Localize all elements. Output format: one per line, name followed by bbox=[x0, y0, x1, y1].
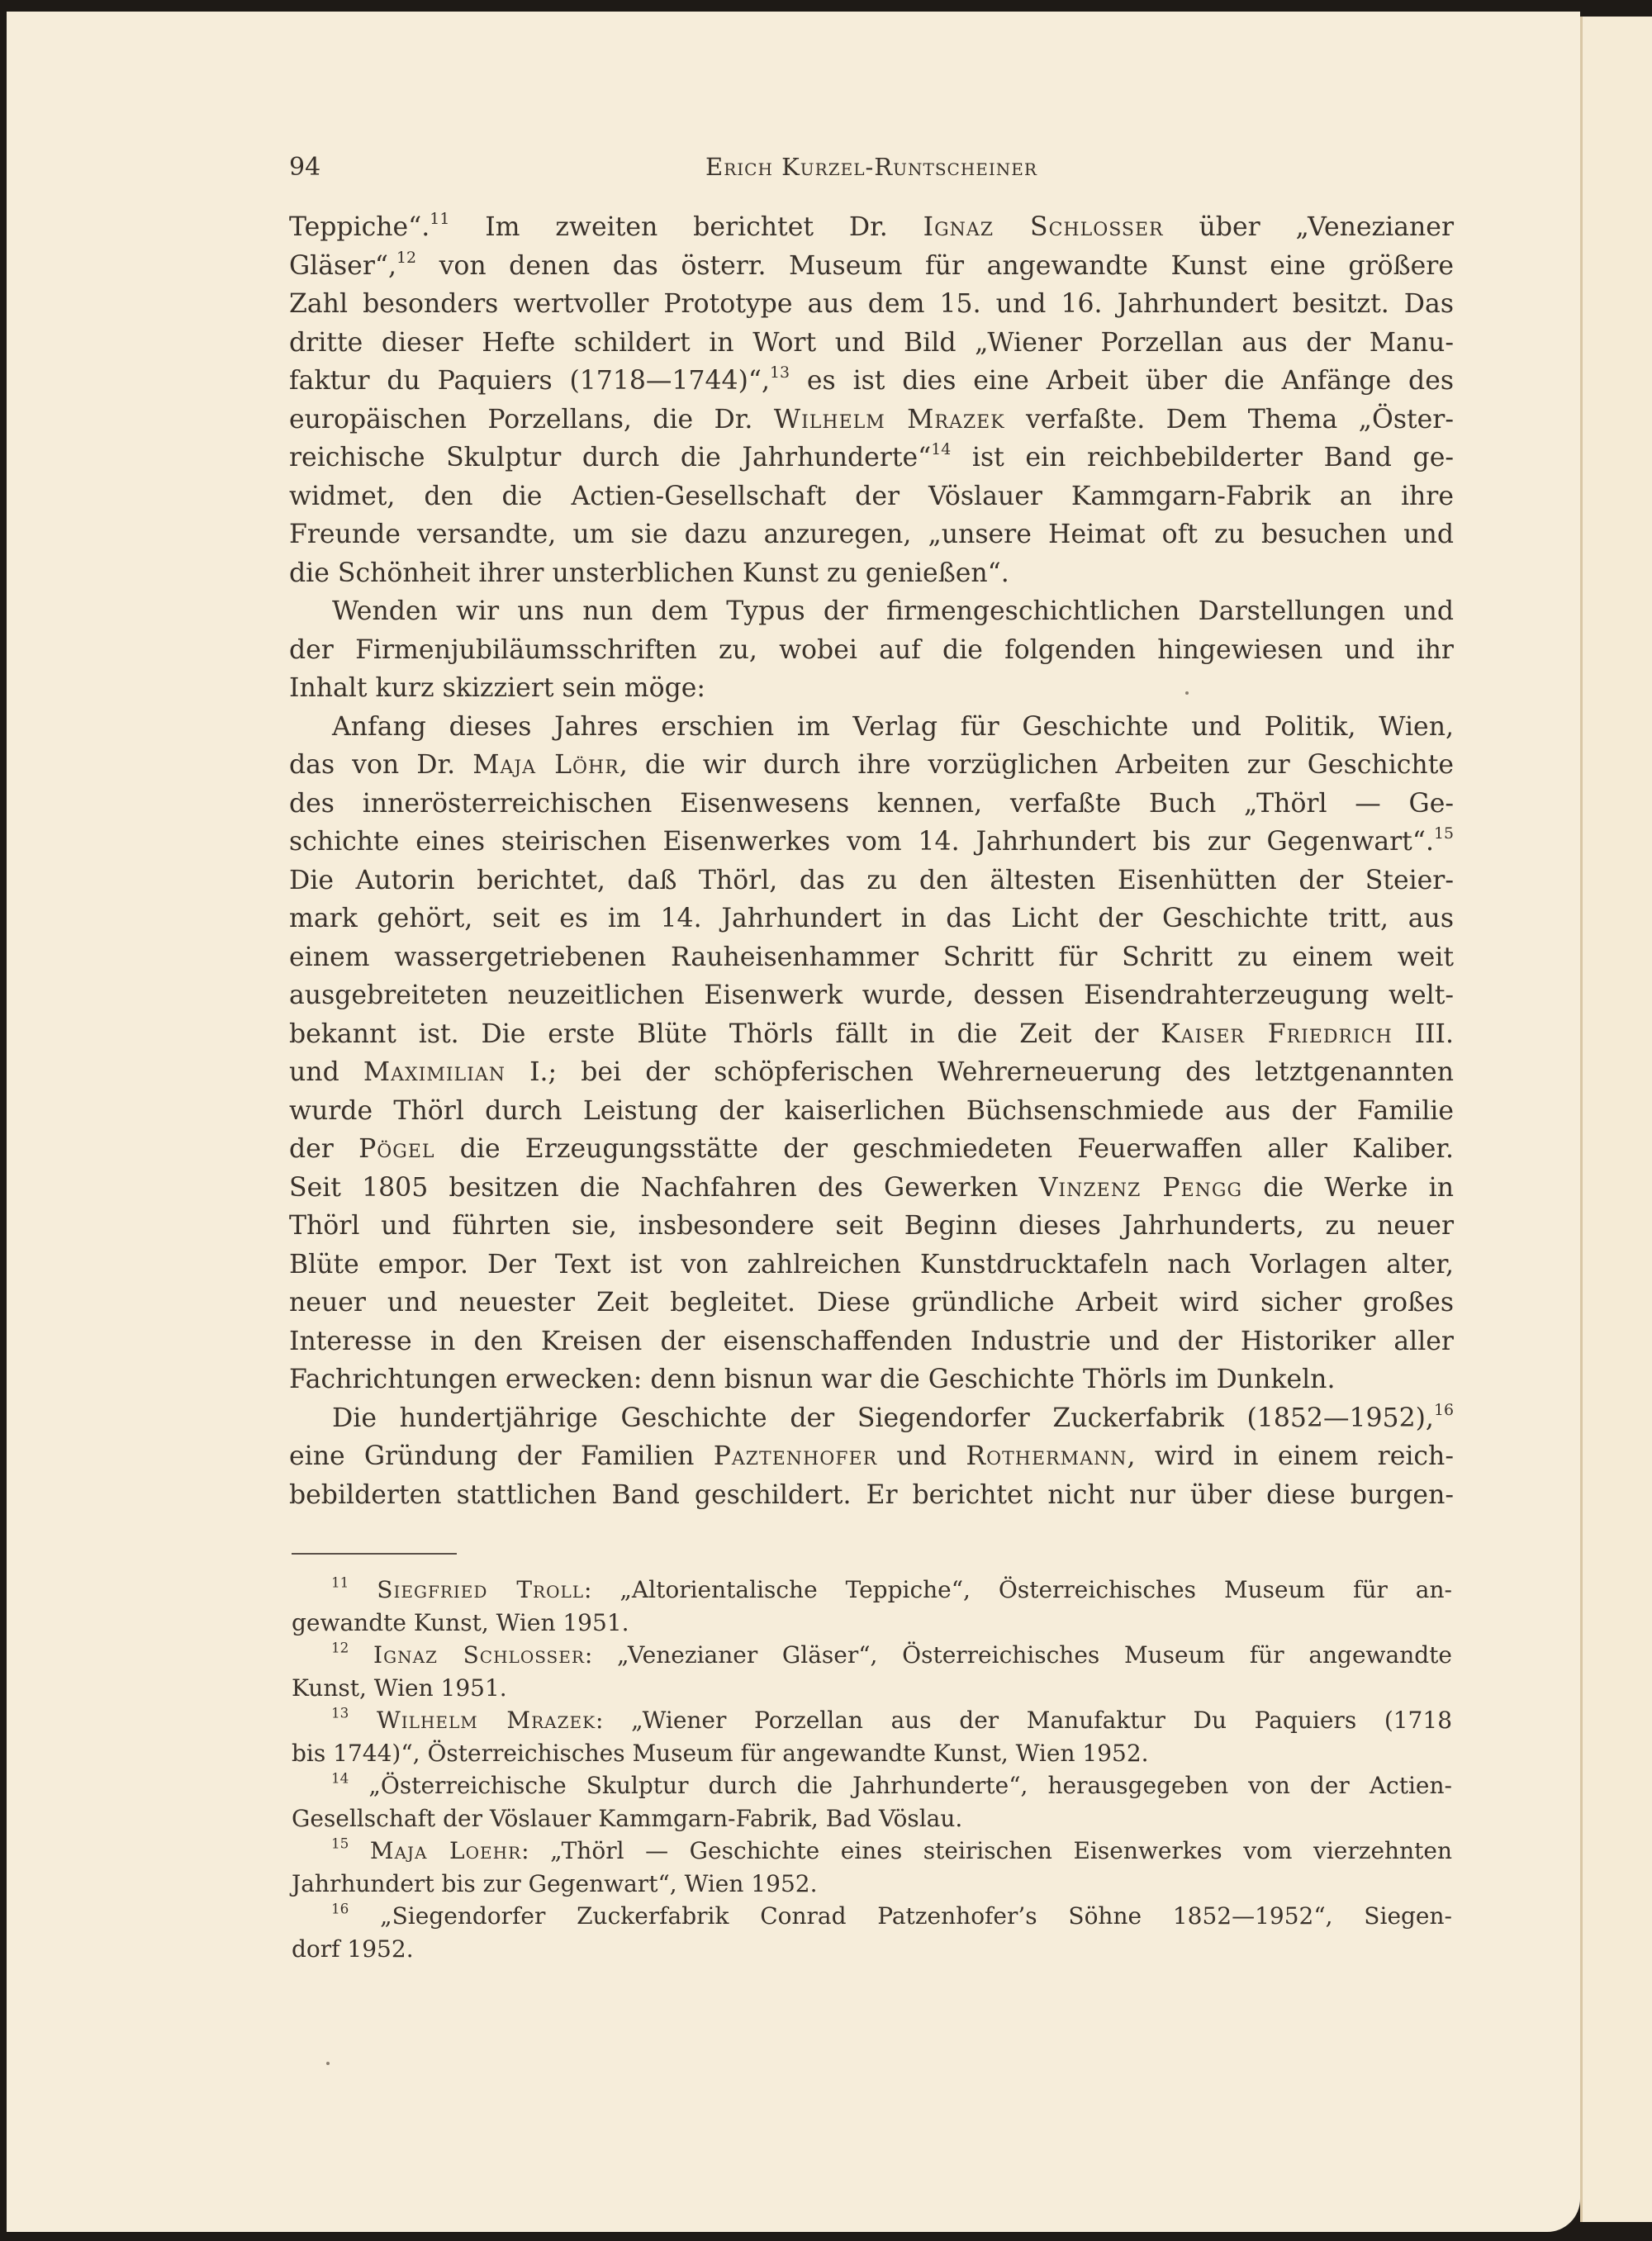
text-line: Wenden wir uns nun dem Typus der firmeng… bbox=[289, 592, 1454, 631]
paper-speck bbox=[1185, 691, 1189, 695]
footnote-separator bbox=[292, 1553, 457, 1555]
text-line: einem wassergetriebenen Rauheisenhammer … bbox=[289, 938, 1454, 977]
text-line: der Firmenjubiläumsschriften zu, wobei a… bbox=[289, 631, 1454, 670]
footnote-line: 14 „Österreichische Skulptur durch die J… bbox=[292, 1769, 1452, 1802]
footnote-12: 12 Ignaz Schlosser: „Venezianer Gläser“,… bbox=[292, 1639, 1452, 1704]
footnote-14: 14 „Österreichische Skulptur durch die J… bbox=[292, 1769, 1452, 1835]
footnote-15: 15 Maja Loehr: „Thörl — Geschichte eines… bbox=[292, 1835, 1452, 1900]
footnote-line: 13 Wilhelm Mrazek: „Wiener Porzellan aus… bbox=[292, 1704, 1452, 1737]
page-header: 94 Erich Kurzel-Runtscheiner bbox=[289, 153, 1454, 186]
text-line: eine Gründung der Familien Paztenhofer u… bbox=[289, 1437, 1454, 1476]
text-line: wurde Thörl durch Leistung der kaiserlic… bbox=[289, 1092, 1454, 1131]
text-line: reichische Skulptur durch die Jahrhunder… bbox=[289, 439, 1454, 477]
next-page-edge bbox=[1580, 17, 1652, 2222]
text-line: und Maximilian I.; bei der schöpferische… bbox=[289, 1053, 1454, 1092]
running-title: Erich Kurzel-Runtscheiner bbox=[289, 153, 1454, 181]
text-line: die Schönheit ihrer unsterblichen Kunst … bbox=[289, 554, 1454, 593]
text-line: Inhalt kurz skizziert sein möge: bbox=[289, 669, 1454, 708]
text-line: europäischen Porzellans, die Dr. Wilhelm… bbox=[289, 401, 1454, 439]
text-line: Teppiche“.11 Im zweiten berichtet Dr. Ig… bbox=[289, 208, 1454, 247]
footnote-line: Gesellschaft der Vöslauer Kammgarn-Fabri… bbox=[292, 1802, 1452, 1835]
text-line: Die Autorin berichtet, daß Thörl, das zu… bbox=[289, 862, 1454, 900]
text-line: schichte eines steirischen Eisenwerkes v… bbox=[289, 823, 1454, 862]
text-line: Anfang dieses Jahres erschien im Verlag … bbox=[289, 708, 1454, 747]
footnote-line: 12 Ignaz Schlosser: „Venezianer Gläser“,… bbox=[292, 1639, 1452, 1672]
body-text: Teppiche“.11 Im zweiten berichtet Dr. Ig… bbox=[289, 208, 1454, 1514]
footnote-line: dorf 1952. bbox=[292, 1933, 1452, 1966]
text-line: ausgebreiteten neuzeitlichen Eisenwerk w… bbox=[289, 976, 1454, 1015]
text-line: widmet, den die Actien-Gesellschaft der … bbox=[289, 477, 1454, 516]
text-line: neuer und neuester Zeit begleitet. Diese… bbox=[289, 1284, 1454, 1322]
text-line: Interesse in den Kreisen der eisenschaff… bbox=[289, 1322, 1454, 1361]
text-line: der Pögel die Erzeugungsstätte der gesch… bbox=[289, 1130, 1454, 1169]
text-line: Thörl und führten sie, insbesondere seit… bbox=[289, 1207, 1454, 1246]
footnote-16: 16 „Siegendorfer Zuckerfabrik Conrad Pat… bbox=[292, 1900, 1452, 1965]
text-line: bekannt ist. Die erste Blüte Thörls fäll… bbox=[289, 1015, 1454, 1054]
footnote-line: gewandte Kunst, Wien 1951. bbox=[292, 1607, 1452, 1640]
footnote-11: 11 Siegfried Troll: „Altorientalische Te… bbox=[292, 1574, 1452, 1639]
text-line: Die hundertjährige Geschichte der Siegen… bbox=[289, 1399, 1454, 1438]
text-line: des innerösterreichischen Eisenwesens ke… bbox=[289, 785, 1454, 824]
text-line: das von Dr. Maja Löhr, die wir durch ihr… bbox=[289, 746, 1454, 785]
footnote-line: 15 Maja Loehr: „Thörl — Geschichte eines… bbox=[292, 1835, 1452, 1868]
text-line: bebilderten stattlichen Band geschildert… bbox=[289, 1476, 1454, 1515]
text-line: faktur du Paquiers (1718—1744)“,13 es is… bbox=[289, 362, 1454, 401]
footnotes: 11 Siegfried Troll: „Altorientalische Te… bbox=[292, 1574, 1452, 1965]
footnote-13: 13 Wilhelm Mrazek: „Wiener Porzellan aus… bbox=[292, 1704, 1452, 1769]
text-line: Gläser“,12 von denen das österr. Museum … bbox=[289, 247, 1454, 286]
text-line: Blüte empor. Der Text ist von zahlreiche… bbox=[289, 1246, 1454, 1284]
footnote-line: 11 Siegfried Troll: „Altorientalische Te… bbox=[292, 1574, 1452, 1607]
text-line: Fachrichtungen erwecken: denn bisnun war… bbox=[289, 1360, 1454, 1399]
text-line: dritte dieser Hefte schildert in Wort un… bbox=[289, 324, 1454, 363]
text-line: Zahl besonders wertvoller Prototype aus … bbox=[289, 285, 1454, 324]
footnote-line: 16 „Siegendorfer Zuckerfabrik Conrad Pat… bbox=[292, 1900, 1452, 1933]
text-line: Freunde versandte, um sie dazu anzuregen… bbox=[289, 515, 1454, 554]
footnote-line: Kunst, Wien 1951. bbox=[292, 1672, 1452, 1705]
paper-speck bbox=[326, 2062, 330, 2065]
text-line: mark gehört, seit es im 14. Jahrhundert … bbox=[289, 900, 1454, 938]
text-line: Seit 1805 besitzen die Nachfahren des Ge… bbox=[289, 1169, 1454, 1208]
footnote-line: bis 1744)“, Österreichisches Museum für … bbox=[292, 1737, 1452, 1770]
footnote-line: Jahrhundert bis zur Gegenwart“, Wien 195… bbox=[292, 1868, 1452, 1901]
